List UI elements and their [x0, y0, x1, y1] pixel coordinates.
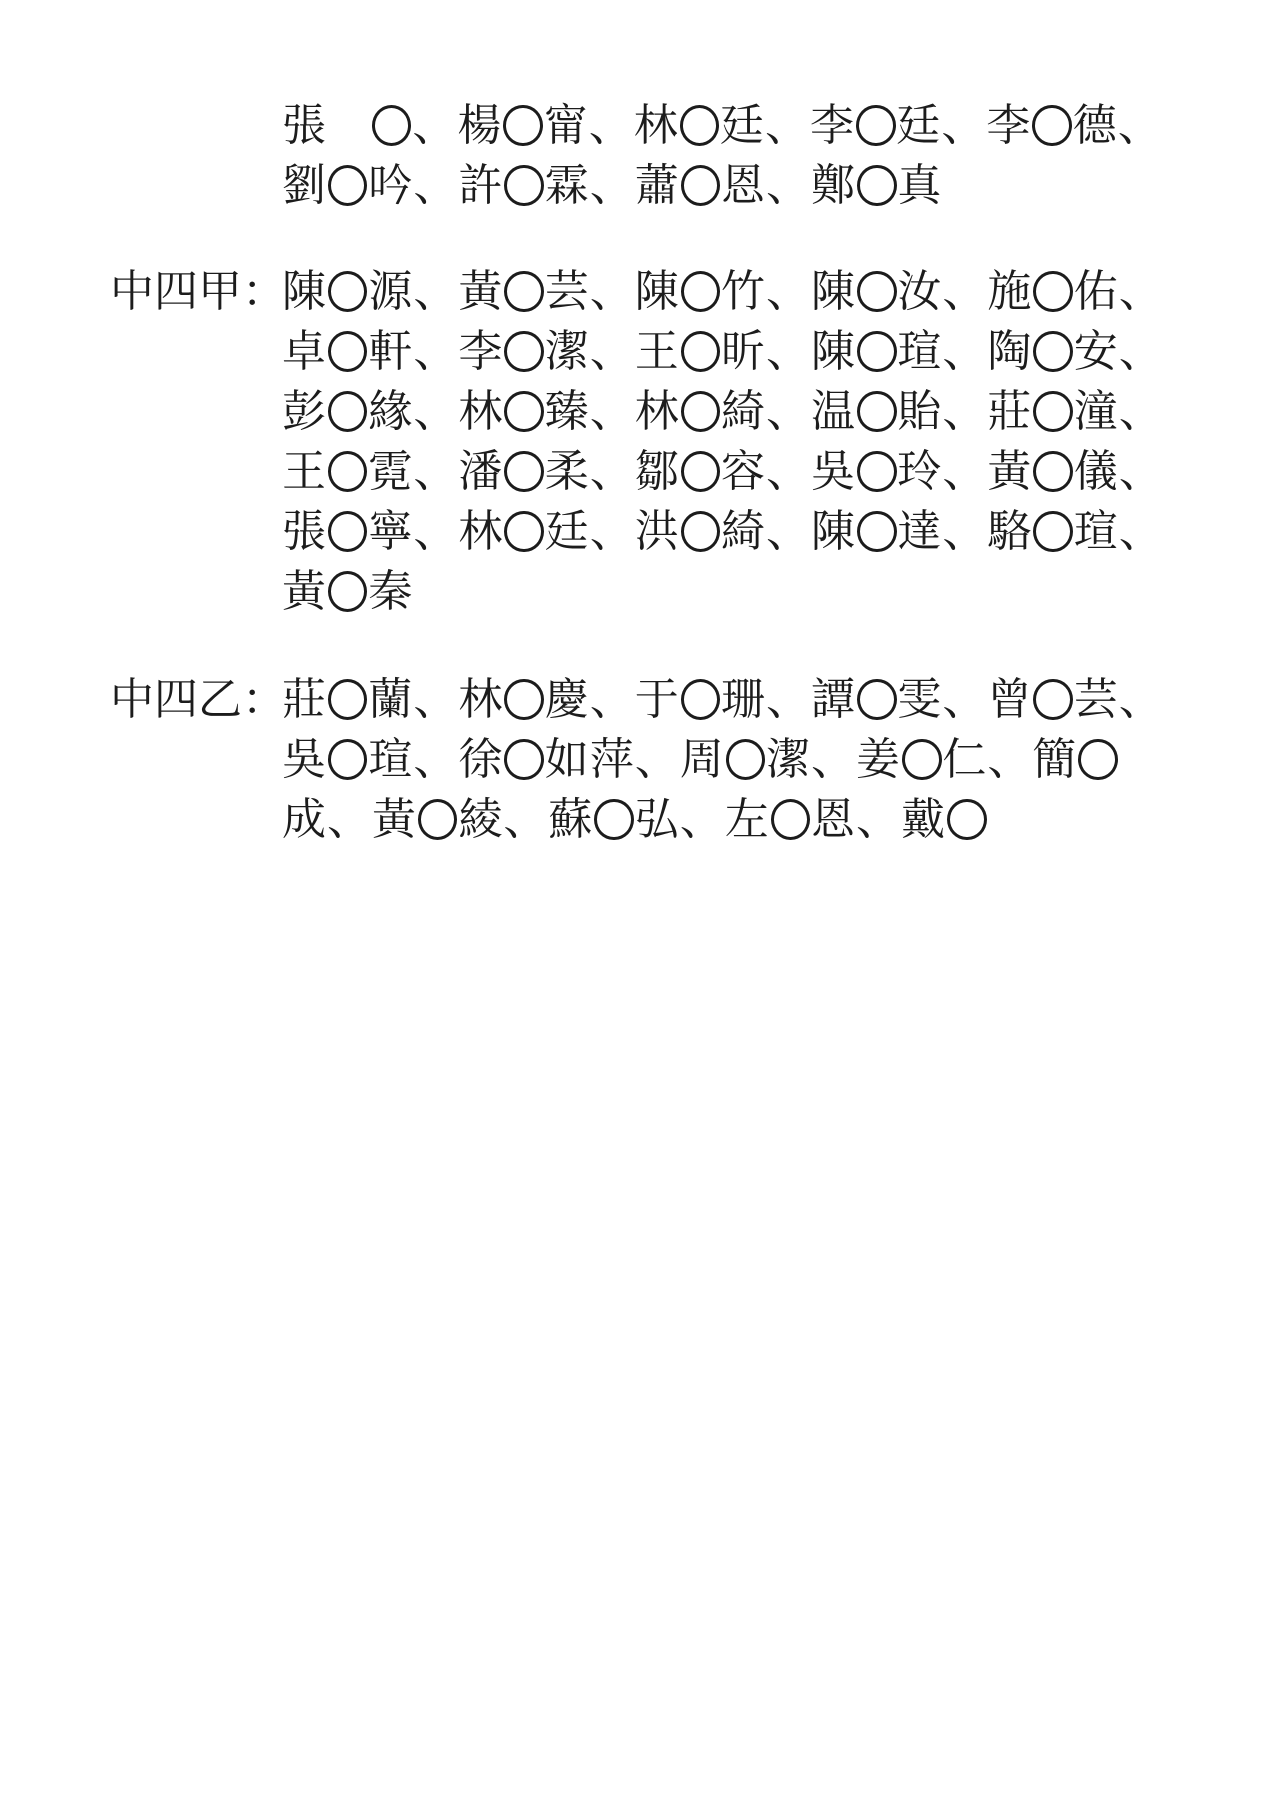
masked-character-circle: [328, 331, 368, 372]
masked-character-circle: [856, 105, 896, 146]
masked-character-circle: [857, 271, 897, 312]
masked-character-circle: [1033, 511, 1073, 552]
masked-character-circle: [328, 511, 368, 552]
masked-character-circle: [504, 391, 544, 432]
section-label-class-4a: 中四甲：: [110, 262, 282, 322]
masked-character-circle: [681, 451, 721, 492]
masked-character-circle: [681, 271, 721, 312]
masked-character-circle: [680, 105, 720, 146]
name-list: 陳源、黃芸、陳竹、陳汝、施佑、 卓軒、李潔、王昕、陳瑄、陶安、 彭緣、林臻、林綺…: [282, 262, 1190, 622]
name-list-line: 張寧、林廷、洪綺、陳達、駱瑄、: [282, 502, 1190, 562]
masked-character-circle: [504, 739, 544, 780]
masked-character-circle: [681, 679, 721, 720]
name-list-line: 成、黃綾、蘇弘、左恩、戴: [282, 790, 1190, 850]
name-list-line: 張、楊甯、林廷、李廷、李德、: [282, 96, 1190, 156]
masked-character-circle: [902, 739, 942, 780]
masked-character-circle: [328, 165, 368, 206]
masked-character-circle: [1033, 679, 1073, 720]
masked-character-circle: [857, 391, 897, 432]
name-list-line: 黃秦: [282, 562, 1190, 622]
masked-character-circle: [771, 799, 811, 840]
name-list-line: 卓軒、李潔、王昕、陳瑄、陶安、: [282, 322, 1190, 382]
masked-character-circle: [681, 511, 721, 552]
name-list: 莊蘭、林慶、于珊、譚雯、曾芸、 吳瑄、徐如萍、周潔、姜仁、簡 成、黃綾、蘇弘、左…: [282, 670, 1190, 850]
masked-character-circle: [681, 331, 721, 372]
masked-character-circle: [504, 511, 544, 552]
masked-character-circle: [328, 679, 368, 720]
name-list-line: 莊蘭、林慶、于珊、譚雯、曾芸、: [282, 670, 1190, 730]
masked-character-circle: [857, 165, 897, 206]
masked-character-circle: [504, 679, 544, 720]
masked-character-circle: [503, 105, 543, 146]
masked-character-circle: [504, 165, 544, 206]
masked-character-circle: [504, 271, 544, 312]
masked-character-circle: [1033, 451, 1073, 492]
name-list-line: 陳源、黃芸、陳竹、陳汝、施佑、: [282, 262, 1190, 322]
masked-character-circle: [857, 331, 897, 372]
masked-character-circle: [1032, 105, 1072, 146]
masked-character-circle: [1033, 271, 1073, 312]
section-class-4b: 中四乙： 莊蘭、林慶、于珊、譚雯、曾芸、 吳瑄、徐如萍、周潔、姜仁、簡 成、黃綾…: [110, 670, 1190, 850]
name-list-line: 彭緣、林臻、林綺、温貽、莊潼、: [282, 382, 1190, 442]
masked-character-circle: [328, 571, 368, 612]
section-class-4a: 中四甲： 陳源、黃芸、陳竹、陳汝、施佑、 卓軒、李潔、王昕、陳瑄、陶安、 彭緣、…: [110, 262, 1190, 622]
masked-character-circle: [328, 451, 368, 492]
masked-character-circle: [418, 799, 458, 840]
section-label-class-4b: 中四乙：: [110, 670, 282, 730]
masked-character-circle: [681, 391, 721, 432]
masked-character-circle: [594, 799, 634, 840]
masked-character-circle: [857, 679, 897, 720]
masked-character-circle: [857, 451, 897, 492]
masked-character-circle: [328, 739, 368, 780]
masked-character-circle: [504, 331, 544, 372]
masked-character-circle: [857, 511, 897, 552]
masked-character-circle: [681, 165, 721, 206]
masked-character-circle: [1033, 391, 1073, 432]
masked-character-circle: [328, 271, 368, 312]
document-page: 張、楊甯、林廷、李廷、李德、 劉吟、許霖、蕭恩、鄭真 中四甲： 陳源、黃芸、陳竹…: [0, 0, 1270, 1799]
masked-character-circle: [372, 105, 412, 146]
masked-character-circle: [1078, 739, 1118, 780]
name-list: 張、楊甯、林廷、李廷、李德、 劉吟、許霖、蕭恩、鄭真: [282, 96, 1190, 216]
masked-character-circle: [726, 739, 766, 780]
name-list-line: 王霓、潘柔、鄒容、吳玲、黃儀、: [282, 442, 1190, 502]
masked-character-circle: [504, 451, 544, 492]
name-list-line: 吳瑄、徐如萍、周潔、姜仁、簡: [282, 730, 1190, 790]
masked-character-circle: [1033, 331, 1073, 372]
section-continuation: 張、楊甯、林廷、李廷、李德、 劉吟、許霖、蕭恩、鄭真: [110, 96, 1190, 216]
masked-character-circle: [947, 799, 987, 840]
name-list-line: 劉吟、許霖、蕭恩、鄭真: [282, 156, 1190, 216]
masked-character-circle: [328, 391, 368, 432]
